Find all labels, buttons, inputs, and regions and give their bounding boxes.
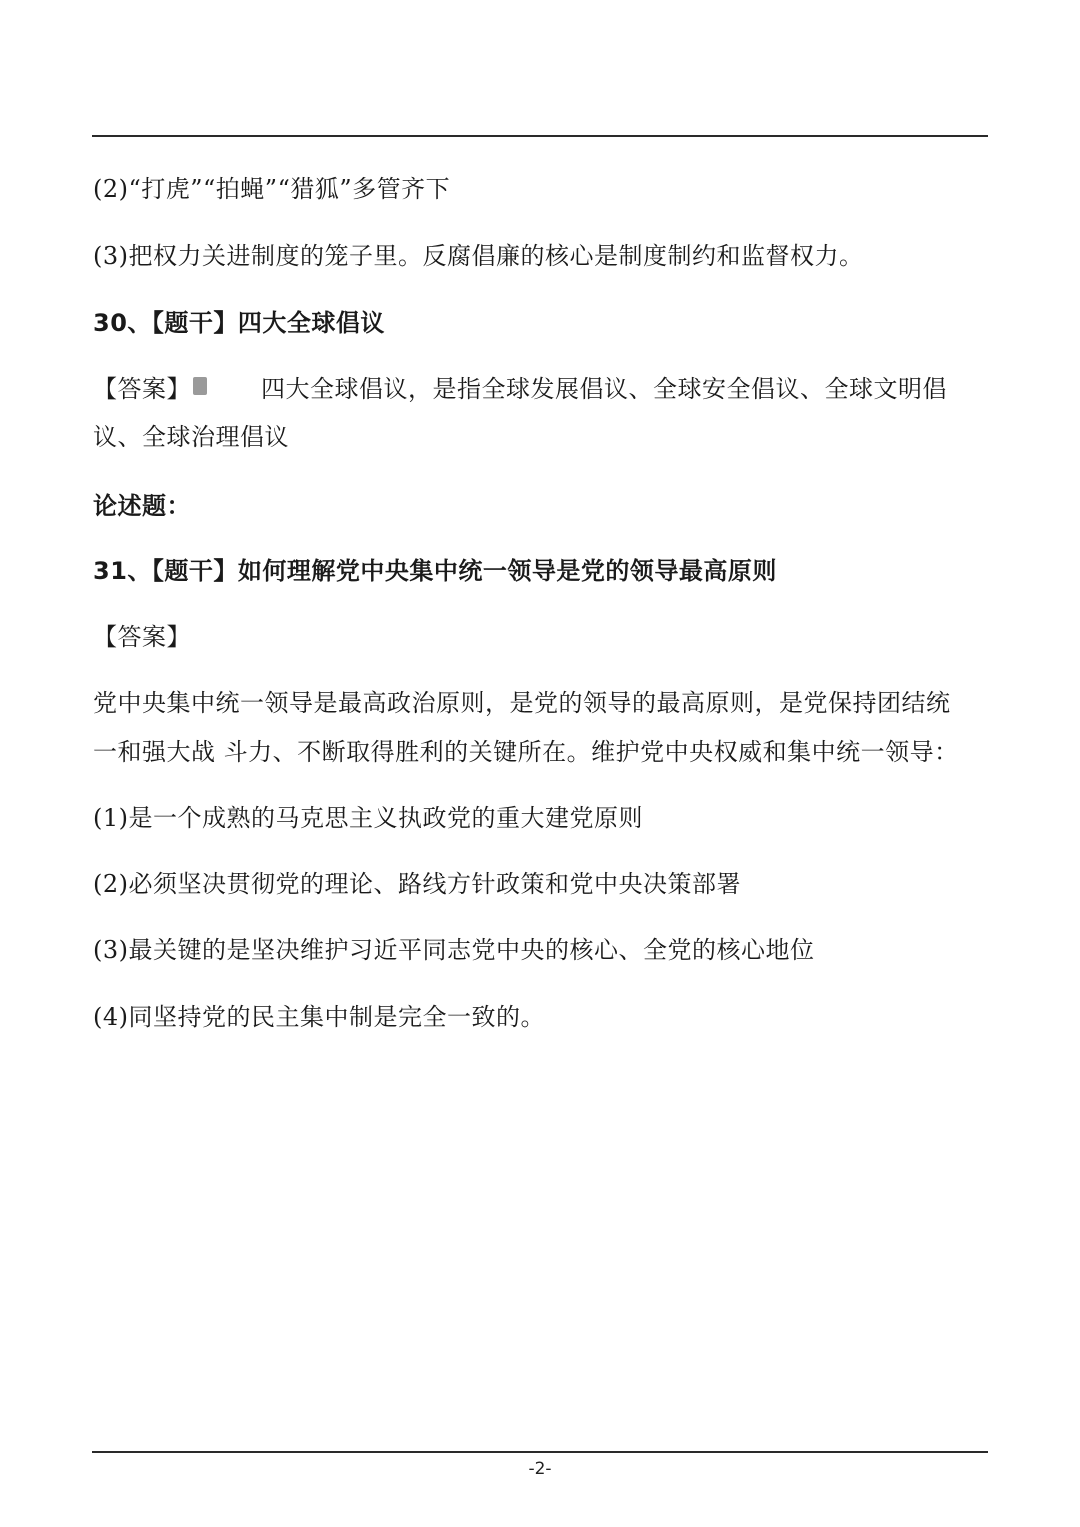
answer-paragraph-cont: 一和强大战 斗力、不断取得胜利的关键所在。维护党中央权威和集中统一领导： <box>93 737 959 767</box>
question-31-answer-label: 【答案】 <box>93 622 191 652</box>
answer-label: 【答案】 <box>93 375 191 403</box>
footer-rule <box>92 1451 988 1453</box>
list-item: (1)是一个成熟的马克思主义执政党的重大建党原则 <box>93 803 643 833</box>
header-rule <box>92 135 988 137</box>
list-item: (4)同坚持党的民主集中制是完全一致的。 <box>93 1002 545 1032</box>
redaction-mark <box>193 377 207 395</box>
question-30-title: 30、【题干】四大全球倡议 <box>93 308 385 338</box>
answer-paragraph: 党中央集中统一领导是最高政治原则，是党的领导的最高原则，是党保持团结统 <box>93 688 951 718</box>
question-30-answer: 【答案】四大全球倡议，是指全球发展倡议、全球安全倡议、全球文明倡 <box>93 374 947 404</box>
answer-text: 四大全球倡议，是指全球发展倡议、全球安全倡议、全球文明倡 <box>261 375 947 403</box>
question-31-title: 31、【题干】如何理解党中央集中统一领导是党的领导最高原则 <box>93 556 777 586</box>
list-item: (2)必须坚决贯彻党的理论、路线方针政策和党中央决策部署 <box>93 869 741 899</box>
list-item: (2)“打虎”“拍蝇”“猎狐”多管齐下 <box>93 174 450 204</box>
question-30-answer-cont: 议、全球治理倡议 <box>93 422 289 452</box>
section-heading: 论述题： <box>93 491 191 521</box>
list-item: (3)把权力关进制度的笼子里。反腐倡廉的核心是制度制约和监督权力。 <box>93 241 864 271</box>
page-number: -2- <box>0 1459 1080 1479</box>
list-item: (3)最关键的是坚决维护习近平同志党中央的核心、全党的核心地位 <box>93 935 815 965</box>
